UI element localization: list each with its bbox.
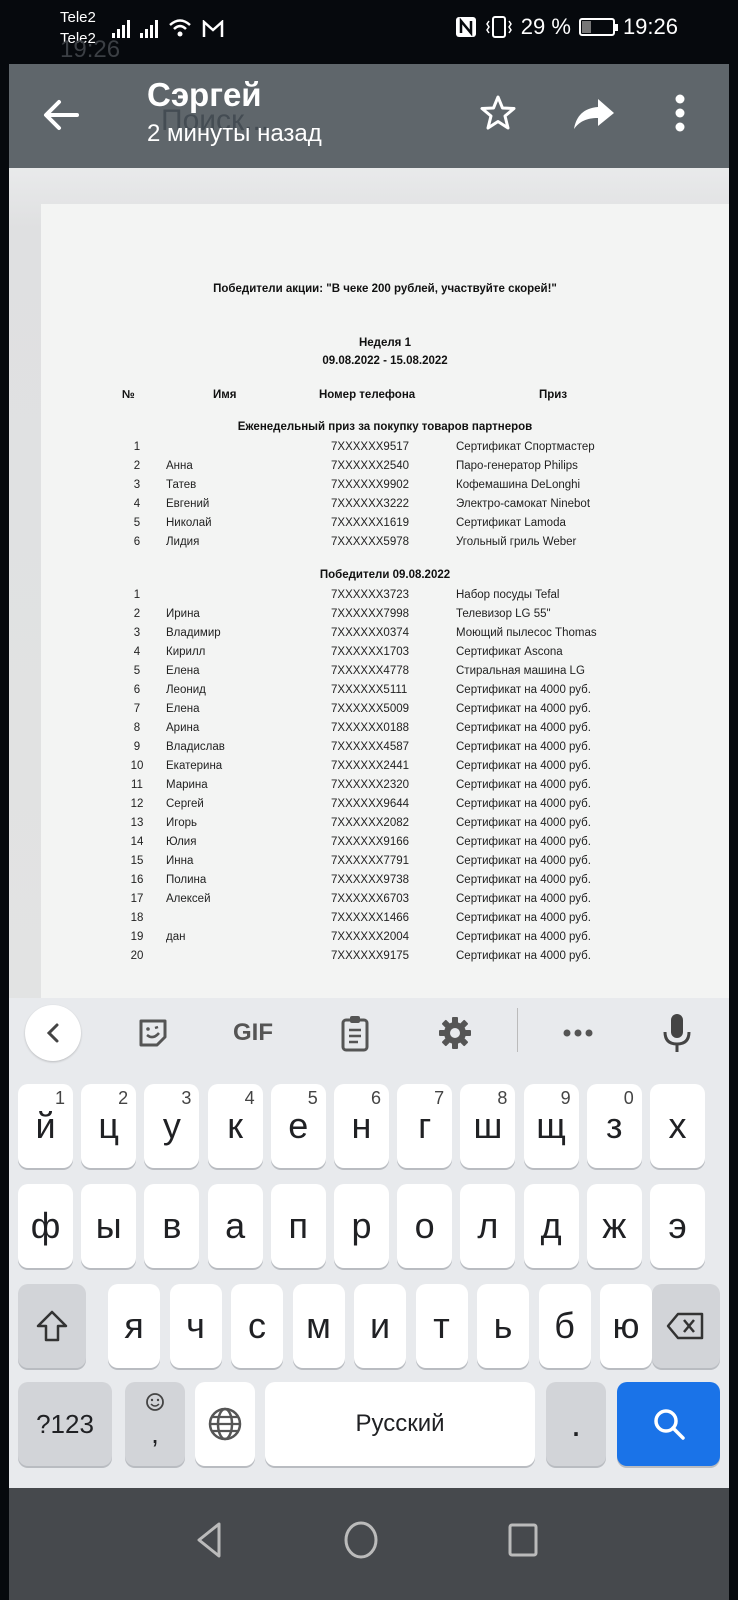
key-ы-label: ы — [96, 1205, 122, 1247]
prize: Сертификат на 4000 руб. — [456, 760, 591, 772]
key-э[interactable]: э — [650, 1184, 705, 1268]
winner-name: Екатерина — [166, 760, 222, 772]
phone-number: 7XXXXXX4587 — [331, 741, 409, 753]
winner-name: Арина — [166, 722, 199, 734]
key-э-label: э — [668, 1205, 686, 1247]
toolbar-divider — [517, 1008, 518, 1052]
key-н-label: н — [352, 1105, 372, 1147]
attachment-viewer[interactable]: Победители акции: "В чеке 200 рублей, уч… — [9, 168, 729, 998]
column-header-number: № — [122, 389, 135, 401]
winner-name: Алексей — [166, 893, 211, 905]
key-п-label: п — [289, 1205, 309, 1247]
backspace-icon — [666, 1311, 706, 1341]
phone-number: 7XXXXXX1703 — [331, 646, 409, 658]
key-д-label: д — [541, 1205, 562, 1247]
key-с-label: с — [248, 1305, 266, 1347]
table-row: 13Игорь7XXXXXX2082Сертификат на 4000 руб… — [41, 817, 729, 836]
prize: Телевизор LG 55" — [456, 608, 551, 620]
settings-button[interactable] — [427, 1005, 483, 1061]
table-row: 4Евгений7XXXXXX3222Электро-самокат Nineb… — [41, 498, 729, 517]
period-key-label: . — [571, 1403, 581, 1445]
phone-number: 7XXXXXX0188 — [331, 722, 409, 734]
prize: Сертификат на 4000 руб. — [456, 684, 591, 696]
row-number: 12 — [127, 798, 147, 810]
phone-number: 7XXXXXX5009 — [331, 703, 409, 715]
key-о[interactable]: о — [397, 1184, 452, 1268]
on-screen-keyboard: GIF й1ц2у3к4е5н6г7ш8щ9з0хфывапролджэячсм… — [9, 998, 729, 1488]
signal-icon — [140, 20, 158, 38]
clock: 19:26 — [623, 14, 678, 40]
prize: Сертификат на 4000 руб. — [456, 798, 591, 810]
key-ш[interactable]: ш8 — [460, 1084, 515, 1168]
battery-saver-icon — [579, 18, 615, 36]
table-row: 7Елена7XXXXXX5009Сертификат на 4000 руб. — [41, 703, 729, 722]
row-number: 6 — [127, 536, 147, 548]
row-number: 14 — [127, 836, 147, 848]
week-dates: 09.08.2022 - 15.08.2022 — [41, 352, 729, 370]
key-в[interactable]: в — [144, 1184, 199, 1268]
week-label: Неделя 1 — [41, 334, 729, 352]
phone-number: 7XXXXXX2540 — [331, 460, 409, 472]
shift-key[interactable] — [18, 1284, 86, 1368]
star-icon — [478, 93, 518, 133]
week-heading: Неделя 1 09.08.2022 - 15.08.2022 — [41, 334, 729, 370]
row-number: 20 — [127, 950, 147, 962]
key-п[interactable]: п — [271, 1184, 326, 1268]
column-header-prize: Приз — [539, 389, 567, 401]
period-key[interactable]: . — [546, 1382, 606, 1466]
nav-recents-button[interactable] — [493, 1510, 553, 1570]
nav-recents-icon — [503, 1520, 543, 1560]
nav-back-icon — [191, 1520, 231, 1560]
section-title: Еженедельный приз за покупку товаров пар… — [41, 421, 729, 433]
phone-number: 7XXXXXX9644 — [331, 798, 409, 810]
clipboard-icon — [340, 1014, 370, 1052]
key-ф[interactable]: ф — [18, 1184, 73, 1268]
comma-label: , — [151, 1418, 159, 1450]
table-row: 2Анна7XXXXXX2540Паро-генератор Philips — [41, 460, 729, 479]
table-row: 17XXXXXX3723Набор посуды Tefal — [41, 589, 729, 608]
key-й[interactable]: й1 — [18, 1084, 73, 1168]
winner-name: Владимир — [166, 627, 221, 639]
row-number: 19 — [127, 931, 147, 943]
phone-number: 7XXXXXX2441 — [331, 760, 409, 772]
prize: Сертификат на 4000 руб. — [456, 893, 591, 905]
table-row: 19дан7XXXXXX2004Сертификат на 4000 руб. — [41, 931, 729, 950]
prize: Моющий пылесос Thomas — [456, 627, 597, 639]
key-ч-label: ч — [186, 1305, 205, 1347]
sender-name: Сэргей — [147, 76, 262, 114]
key-р-label: р — [351, 1205, 371, 1247]
key-number-hint: 6 — [371, 1088, 381, 1109]
table-row: 14Юлия7XXXXXX9166Сертификат на 4000 руб. — [41, 836, 729, 855]
message-header: Поиск... Сэргей 2 минуты назад — [9, 64, 729, 168]
search-icon — [651, 1406, 687, 1442]
table-row: 10Екатерина7XXXXXX2441Сертификат на 4000… — [41, 760, 729, 779]
prize: Стиральная машина LG — [456, 665, 585, 677]
key-number-hint: 5 — [308, 1088, 318, 1109]
phone-number: 7XXXXXX9738 — [331, 874, 409, 886]
winner-name: Татев — [166, 479, 196, 491]
vibrate-icon — [485, 15, 513, 39]
row-number: 7 — [127, 703, 147, 715]
table-row: 2Ирина7XXXXXX7998Телевизор LG 55" — [41, 608, 729, 627]
microphone-icon — [662, 1012, 692, 1054]
table-row: 3Владимир7XXXXXX0374Моющий пылесос Thoma… — [41, 627, 729, 646]
winner-name: Николай — [166, 517, 212, 529]
prize: Кофемашина DeLonghi — [456, 479, 580, 491]
document-title: Победители акции: "В чеке 200 рублей, уч… — [41, 283, 729, 295]
key-н[interactable]: н6 — [334, 1084, 389, 1168]
key-number-hint: 2 — [118, 1088, 128, 1109]
key-ф-label: ф — [31, 1205, 61, 1247]
phone-number: 7XXXXXX9175 — [331, 950, 409, 962]
prize: Сертификат Ascona — [456, 646, 563, 658]
key-number-hint: 9 — [561, 1088, 571, 1109]
key-number-hint: 3 — [181, 1088, 191, 1109]
key-ш-label: ш — [473, 1105, 502, 1147]
key-щ-label: щ — [536, 1105, 566, 1147]
winner-name: Марина — [166, 779, 208, 791]
key-к-label: к — [227, 1105, 243, 1147]
collapse-chevron-icon — [43, 1021, 63, 1045]
key-и-label: и — [370, 1305, 390, 1347]
row-number: 4 — [127, 646, 147, 658]
phone-number: 7XXXXXX9517 — [331, 441, 409, 453]
status-icons-right: 29 % 19:26 — [455, 14, 678, 40]
settings-gear-icon — [437, 1015, 473, 1051]
status-bar: Tele2 Tele2 19:26 29 % 19:26 — [0, 0, 738, 62]
key-у-label: у — [163, 1105, 181, 1147]
keyboard-toolbar: GIF — [9, 998, 729, 1066]
prize: Сертификат на 4000 руб. — [456, 931, 591, 943]
key-щ[interactable]: щ9 — [524, 1084, 579, 1168]
system-navigation-bar — [9, 1488, 729, 1600]
comma-emoji-key[interactable]: , — [125, 1382, 185, 1466]
prize: Сертификат на 4000 руб. — [456, 703, 591, 715]
key-в-label: в — [162, 1205, 181, 1247]
back-button[interactable] — [37, 90, 87, 140]
key-ц-label: ц — [98, 1105, 119, 1147]
row-number: 18 — [127, 912, 147, 924]
key-ь-label: ь — [494, 1305, 513, 1347]
section-title: Победители 09.08.2022 — [41, 569, 729, 581]
back-arrow-icon — [37, 90, 87, 140]
prize: Сертификат на 4000 руб. — [456, 836, 591, 848]
row-number: 5 — [127, 665, 147, 677]
ghost-time: 19:26 — [60, 36, 120, 64]
table-row: 16Полина7XXXXXX9738Сертификат на 4000 ру… — [41, 874, 729, 893]
key-ц[interactable]: ц2 — [81, 1084, 136, 1168]
prize: Сертификат на 4000 руб. — [456, 779, 591, 791]
key-я-label: я — [124, 1305, 144, 1347]
status-icons-left — [112, 18, 224, 38]
table-row: 3Татев7XXXXXX9902Кофемашина DeLonghi — [41, 479, 729, 498]
space-key-label: Русский — [355, 1410, 444, 1438]
prize: Сертификат на 4000 руб. — [456, 855, 591, 867]
phone-number: 7XXXXXX0374 — [331, 627, 409, 639]
more-options-button[interactable] — [655, 88, 705, 138]
table-row: 17Алексей7XXXXXX6703Сертификат на 4000 р… — [41, 893, 729, 912]
row-number: 4 — [127, 498, 147, 510]
phone-number: 7XXXXXX2004 — [331, 931, 409, 943]
table-row: 11Марина7XXXXXX2320Сертификат на 4000 ру… — [41, 779, 729, 798]
table-row: 9Владислав7XXXXXX4587Сертификат на 4000 … — [41, 741, 729, 760]
phone-number: 7XXXXXX1466 — [331, 912, 409, 924]
prize: Сертификат Lamoda — [456, 517, 566, 529]
key-й-label: й — [35, 1105, 55, 1147]
row-number: 3 — [127, 627, 147, 639]
winner-name: дан — [166, 931, 185, 943]
prize: Сертификат на 4000 руб. — [456, 722, 591, 734]
prize: Паро-генератор Philips — [456, 460, 578, 472]
winner-name: Лидия — [166, 536, 199, 548]
phone-number: 7XXXXXX9902 — [331, 479, 409, 491]
prize: Сертификат на 4000 руб. — [456, 874, 591, 886]
table-row: 5Николай7XXXXXX1619Сертификат Lamoda — [41, 517, 729, 536]
sticker-button[interactable] — [125, 1005, 181, 1061]
battery-percent: 29 % — [521, 14, 571, 40]
prize: Сертификат на 4000 руб. — [456, 817, 591, 829]
row-number: 16 — [127, 874, 147, 886]
table-row: 15Инна7XXXXXX7791Сертификат на 4000 руб. — [41, 855, 729, 874]
phone-number: 7XXXXXX7998 — [331, 608, 409, 620]
phone-number: 7XXXXXX2082 — [331, 817, 409, 829]
gmail-icon — [202, 20, 224, 38]
phone-number: 7XXXXXX3723 — [331, 589, 409, 601]
row-number: 5 — [127, 517, 147, 529]
winner-name: Евгений — [166, 498, 209, 510]
table-row: 6Леонид7XXXXXX5111Сертификат на 4000 руб… — [41, 684, 729, 703]
key-з-label: з — [606, 1105, 623, 1147]
key-number-hint: 7 — [434, 1088, 444, 1109]
carrier-1: Tele2 — [60, 7, 96, 28]
row-number: 9 — [127, 741, 147, 753]
phone-number: 7XXXXXX7791 — [331, 855, 409, 867]
forward-button[interactable] — [569, 88, 619, 138]
phone-number: 7XXXXXX4778 — [331, 665, 409, 677]
phone-number: 7XXXXXX5978 — [331, 536, 409, 548]
row-number: 1 — [127, 441, 147, 453]
more-horiz-icon — [562, 1028, 594, 1038]
key-ж[interactable]: ж — [587, 1184, 642, 1268]
phone-number: 7XXXXXX3222 — [331, 498, 409, 510]
shift-arrow-icon — [35, 1309, 69, 1343]
key-т-label: т — [433, 1305, 450, 1347]
key-а[interactable]: а — [208, 1184, 263, 1268]
key-г[interactable]: г7 — [397, 1084, 452, 1168]
row-number: 6 — [127, 684, 147, 696]
winner-name: Кирилл — [166, 646, 205, 658]
key-е[interactable]: е5 — [271, 1084, 326, 1168]
key-а-label: а — [225, 1205, 245, 1247]
gif-button[interactable]: GIF — [225, 1005, 281, 1061]
phone-number: 7XXXXXX1619 — [331, 517, 409, 529]
winner-name: Анна — [166, 460, 193, 472]
key-м[interactable]: м — [293, 1284, 345, 1368]
backspace-key[interactable] — [652, 1284, 720, 1368]
key-с[interactable]: с — [231, 1284, 283, 1368]
document-page: Победители акции: "В чеке 200 рублей, уч… — [41, 204, 729, 1004]
winner-name: Инна — [166, 855, 193, 867]
table-row: 6Лидия7XXXXXX5978Угольный гриль Weber — [41, 536, 729, 555]
winner-name: Полина — [166, 874, 206, 886]
table-row: 5Елена7XXXXXX4778Стиральная машина LG — [41, 665, 729, 684]
table-row: 17XXXXXX9517Сертификат Спортмастер — [41, 441, 729, 460]
phone-number: 7XXXXXX9166 — [331, 836, 409, 848]
key-number-hint: 4 — [245, 1088, 255, 1109]
key-ы[interactable]: ы — [81, 1184, 136, 1268]
table-row: 187XXXXXX1466Сертификат на 4000 руб. — [41, 912, 729, 931]
wifi-icon — [168, 18, 192, 38]
row-number: 15 — [127, 855, 147, 867]
key-з[interactable]: з0 — [587, 1084, 642, 1168]
key-д[interactable]: д — [524, 1184, 579, 1268]
key-б-label: б — [554, 1305, 575, 1347]
key-и[interactable]: и — [354, 1284, 406, 1368]
key-ч[interactable]: ч — [170, 1284, 222, 1368]
phone-number: 7XXXXXX5111 — [331, 684, 407, 696]
winner-name: Сергей — [166, 798, 204, 810]
key-г-label: г — [418, 1105, 431, 1147]
table-row: 12Сергей7XXXXXX9644Сертификат на 4000 ру… — [41, 798, 729, 817]
row-number: 10 — [127, 760, 147, 772]
prize: Сертификат на 4000 руб. — [456, 950, 591, 962]
sticker-icon — [136, 1016, 170, 1050]
key-х[interactable]: х — [650, 1084, 705, 1168]
key-ж-label: ж — [602, 1205, 626, 1247]
nav-home-button[interactable] — [331, 1510, 391, 1570]
clipboard-button[interactable] — [327, 1005, 383, 1061]
winner-name: Юлия — [166, 836, 196, 848]
symbols-key[interactable]: ?123 — [18, 1382, 112, 1466]
table-row: 207XXXXXX9175Сертификат на 4000 руб. — [41, 950, 729, 969]
voice-input-button[interactable] — [649, 1005, 705, 1061]
key-р[interactable]: р — [334, 1184, 389, 1268]
nav-back-button[interactable] — [181, 1510, 241, 1570]
row-number: 13 — [127, 817, 147, 829]
key-х-label: х — [669, 1105, 687, 1147]
key-б[interactable]: б — [539, 1284, 591, 1368]
winner-name: Владислав — [166, 741, 225, 753]
row-number: 17 — [127, 893, 147, 905]
language-key[interactable] — [195, 1382, 255, 1466]
row-number: 2 — [127, 460, 147, 472]
key-ь[interactable]: ь — [477, 1284, 529, 1368]
space-key[interactable]: Русский — [265, 1382, 535, 1466]
winner-name: Леонид — [166, 684, 206, 696]
key-к[interactable]: к4 — [208, 1084, 263, 1168]
star-button[interactable] — [473, 88, 523, 138]
row-number: 3 — [127, 479, 147, 491]
key-м-label: м — [306, 1305, 331, 1347]
row-number: 8 — [127, 722, 147, 734]
more-button[interactable] — [550, 1005, 606, 1061]
search-action-key[interactable] — [617, 1382, 720, 1466]
collapse-toolbar-button[interactable] — [25, 1005, 81, 1061]
prize: Сертификат Спортмастер — [456, 441, 595, 453]
winner-name: Игорь — [166, 817, 197, 829]
key-ю[interactable]: ю — [600, 1284, 652, 1368]
message-time: 2 минуты назад — [147, 120, 322, 148]
key-о-label: о — [415, 1205, 435, 1247]
phone-number: 7XXXXXX6703 — [331, 893, 409, 905]
phone-number: 7XXXXXX2320 — [331, 779, 409, 791]
row-number: 2 — [127, 608, 147, 620]
key-е-label: е — [288, 1105, 308, 1147]
key-number-hint: 8 — [497, 1088, 507, 1109]
winner-name: Елена — [166, 703, 200, 715]
prize: Электро-самокат Ninebot — [456, 498, 590, 510]
winner-name: Ирина — [166, 608, 200, 620]
prize: Угольный гриль Weber — [456, 536, 576, 548]
table-row: 4Кирилл7XXXXXX1703Сертификат Ascona — [41, 646, 729, 665]
row-number: 11 — [127, 779, 147, 791]
globe-icon — [207, 1406, 243, 1442]
forward-icon — [572, 93, 616, 133]
prize: Сертификат на 4000 руб. — [456, 912, 591, 924]
key-ю-label: ю — [613, 1305, 640, 1347]
winner-name: Елена — [166, 665, 200, 677]
key-number-hint: 0 — [624, 1088, 634, 1109]
symbols-key-label: ?123 — [36, 1409, 94, 1440]
key-у[interactable]: у3 — [144, 1084, 199, 1168]
prize: Набор посуды Tefal — [456, 589, 559, 601]
table-row: 8Арина7XXXXXX0188Сертификат на 4000 руб. — [41, 722, 729, 741]
column-header-name: Имя — [213, 389, 236, 401]
prize: Сертификат на 4000 руб. — [456, 741, 591, 753]
nav-home-icon — [341, 1520, 381, 1560]
key-я[interactable]: я — [108, 1284, 160, 1368]
row-number: 1 — [127, 589, 147, 601]
emoji-icon — [145, 1392, 165, 1412]
key-л[interactable]: л — [460, 1184, 515, 1268]
more-vert-icon — [674, 93, 686, 133]
key-number-hint: 1 — [55, 1088, 65, 1109]
column-header-phone: Номер телефона — [319, 389, 415, 401]
key-л-label: л — [477, 1205, 498, 1247]
key-т[interactable]: т — [416, 1284, 468, 1368]
nfc-icon — [455, 16, 477, 38]
